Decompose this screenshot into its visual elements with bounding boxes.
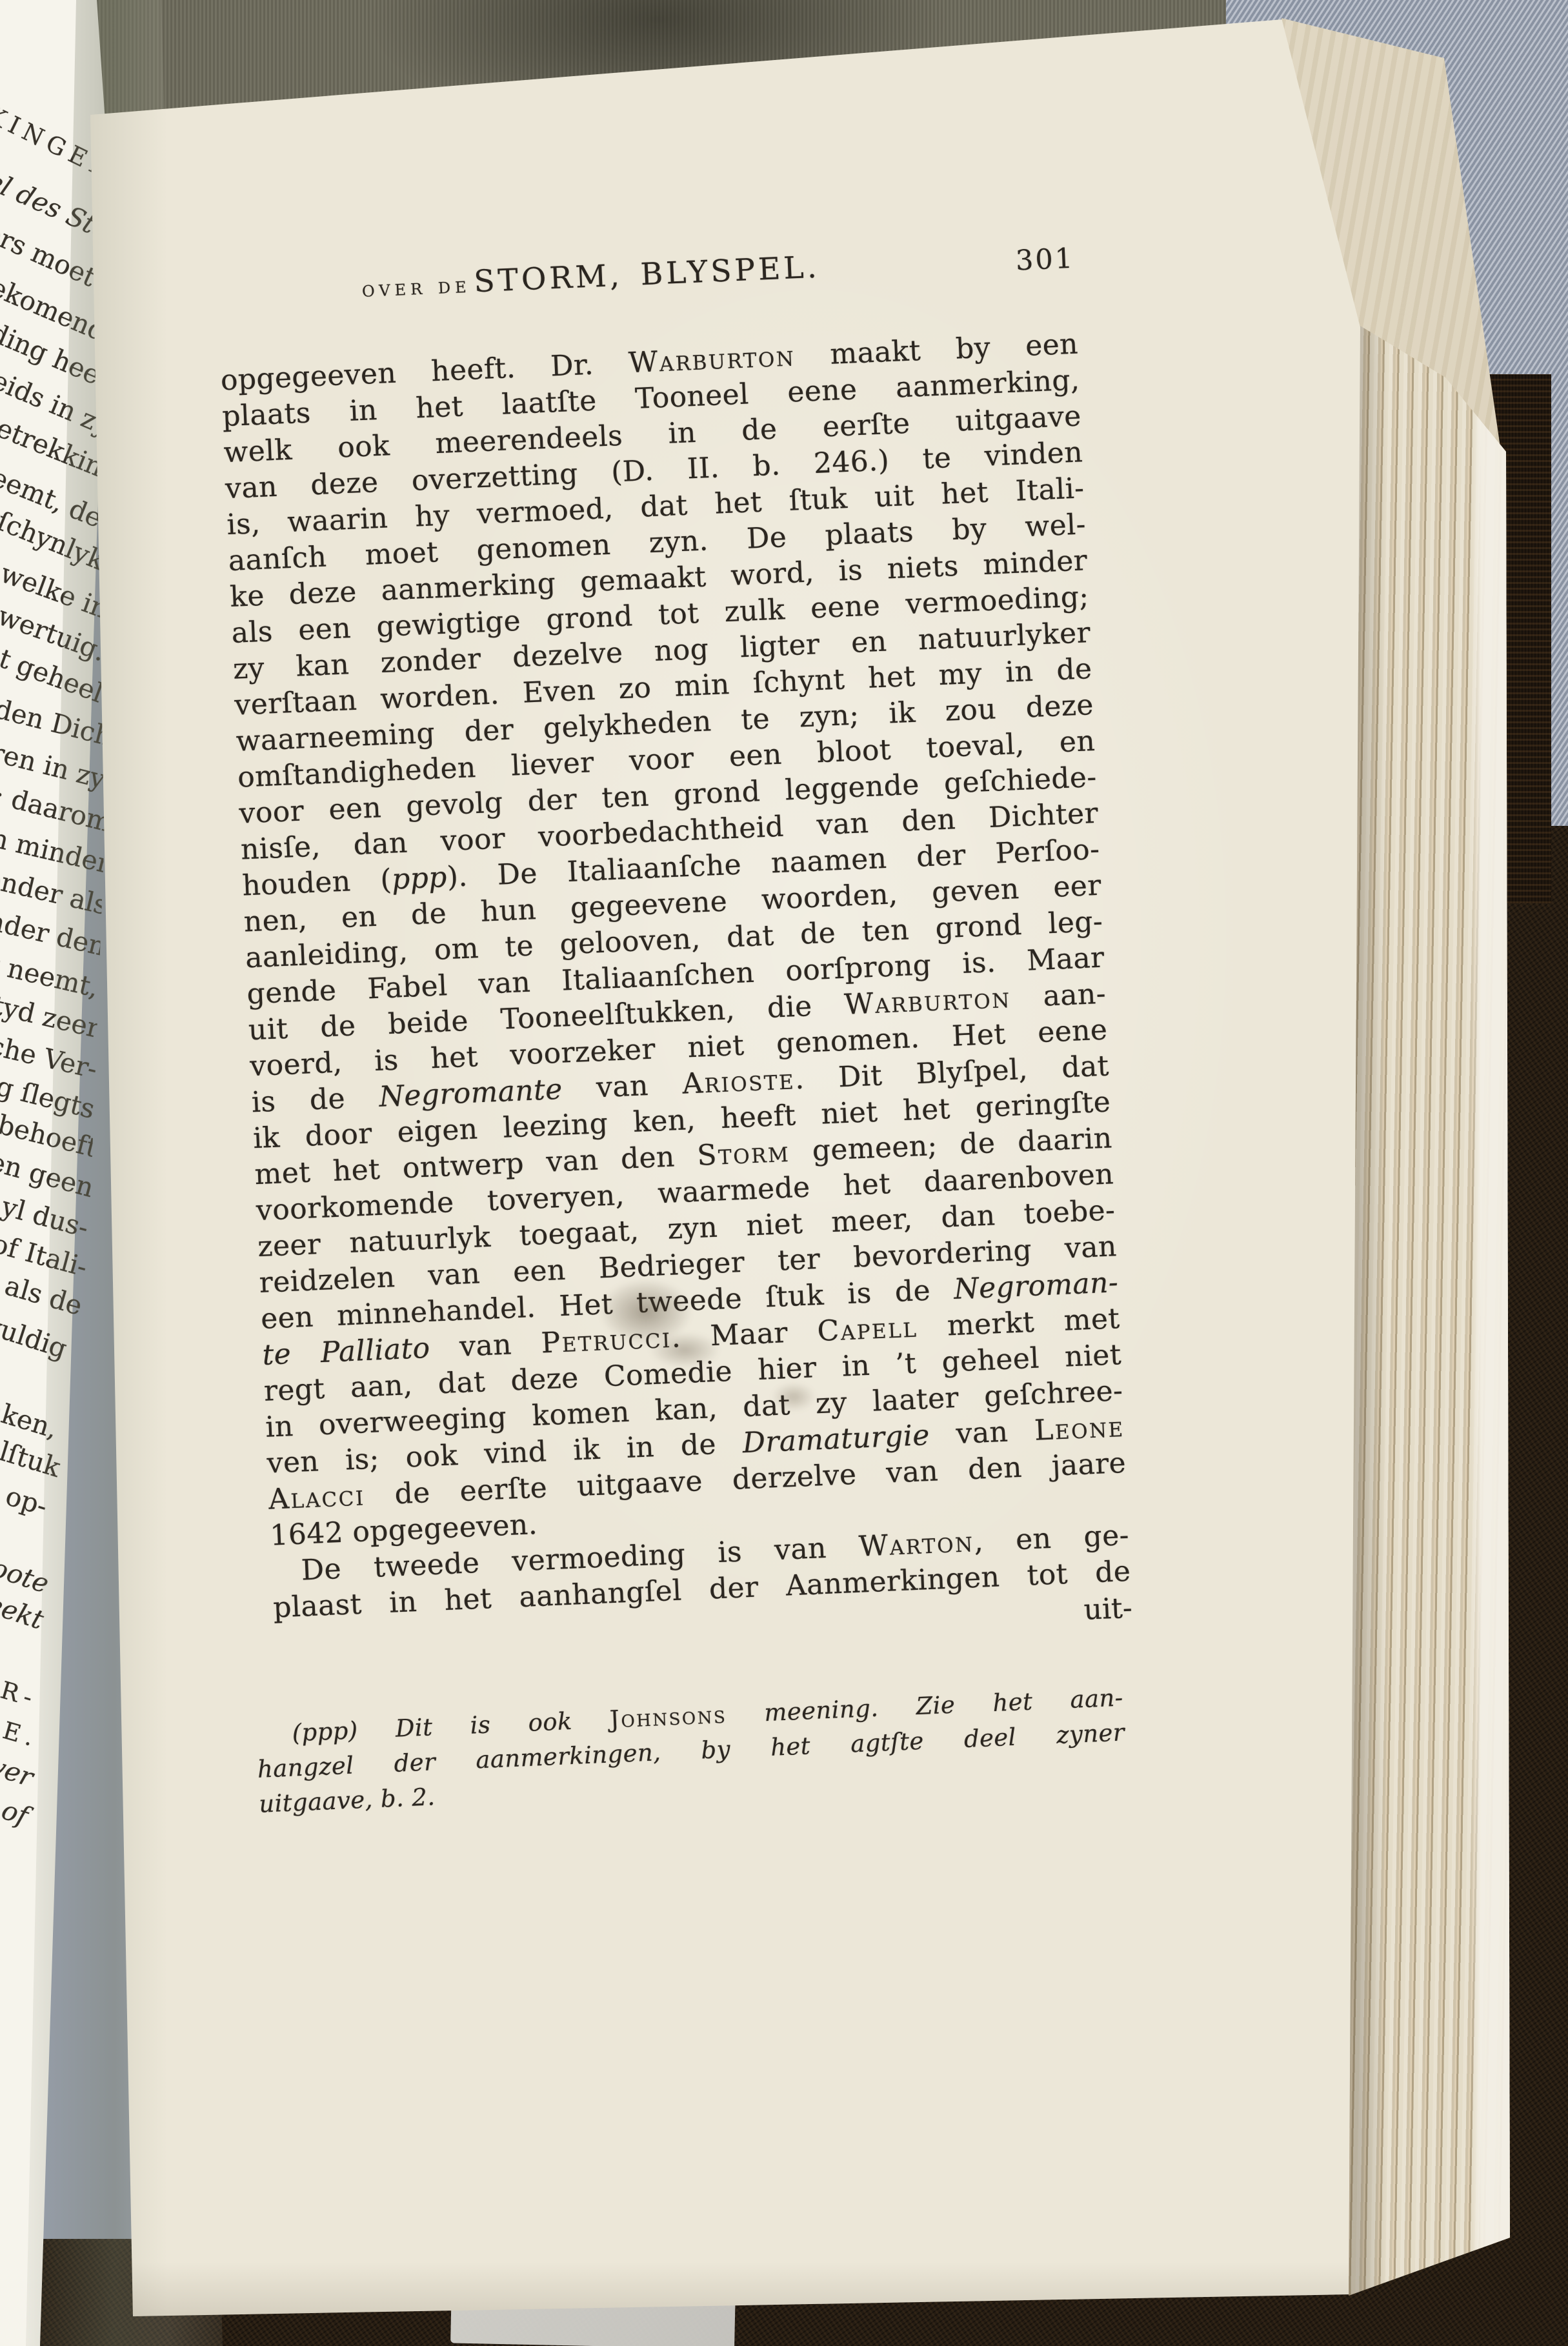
text-run: merkt met: [917, 1302, 1120, 1343]
text-run: Arioste: [681, 1063, 796, 1100]
text-run: Johnsons: [609, 1701, 727, 1734]
text-run: , en ge-: [973, 1519, 1129, 1558]
text-run: Capell: [816, 1311, 918, 1348]
text-run: Negroman-: [953, 1266, 1119, 1306]
text-run: te Palliato: [262, 1332, 431, 1372]
text-run: houden (: [241, 863, 392, 903]
body-text: opgegeeven heeft. Dr. Warburton maakt by…: [220, 326, 1132, 1627]
text-run: is de: [251, 1081, 380, 1119]
text-run: Leone: [1034, 1410, 1125, 1447]
text-run: Warburton: [843, 981, 1011, 1021]
text-run: van: [561, 1068, 683, 1106]
page-number: 301: [1015, 243, 1075, 277]
book-photo: RKINGENel des Storters moet htoekomendeo…: [0, 0, 1568, 2346]
text-run: Dramaturgie: [742, 1419, 930, 1459]
printed-text: over de STORM, BLYSPEL. 301 opgegeeven h…: [194, 238, 1143, 1821]
text-run: van: [429, 1327, 541, 1365]
fragment-line: R-: [0, 1624, 41, 1711]
text-run: Storm: [696, 1136, 790, 1172]
text-run: uitgaave, b. 2.: [258, 1783, 436, 1818]
text-run: ppp: [391, 861, 448, 896]
text-run: van: [929, 1414, 1036, 1452]
text-run: Negromante: [378, 1073, 563, 1114]
ink-stain: [584, 1268, 739, 1378]
text-run: Warburton: [628, 339, 796, 379]
text-run: aan-: [1010, 977, 1106, 1014]
text-run: Alacci: [268, 1479, 365, 1516]
ink-stain-small: [765, 1378, 823, 1416]
text-run: Warton: [858, 1525, 975, 1563]
running-title-kicker: over de: [361, 272, 471, 303]
